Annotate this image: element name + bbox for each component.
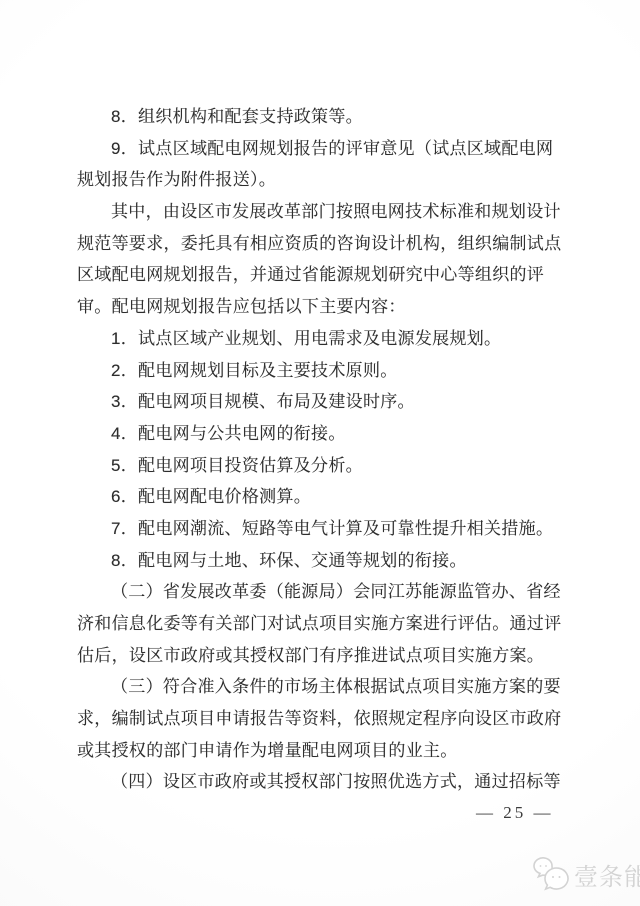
doc-line: 规划报告作为附件报送）。 [77,164,565,196]
doc-line: 8．组织机构和配套支持政策等。 [77,101,565,133]
doc-line: 规范等要求，委托具有相应资质的咨询设计机构，组织编制试点 [77,228,565,260]
doc-line: 3．配电网项目规模、布局及建设时序。 [77,386,565,418]
doc-line: 4．配电网与公共电网的衔接。 [77,418,565,450]
doc-line: 区域配电网规划报告，并通过省能源规划研究中心等组织的评 [77,259,565,291]
doc-line: 求，编制试点项目申请报告等资料，依照规定程序向设区市政府 [77,703,565,735]
chat-bubbles-icon [531,854,571,894]
doc-line: 济和信息化委等有关部门对试点项目实施方案进行评估。通过评 [77,608,565,640]
doc-line: （三）符合准入条件的市场主体根据试点项目实施方案的要 [77,671,565,703]
doc-line: 7．配电网潮流、短路等电气计算及可靠性提升相关措施。 [77,513,565,545]
doc-line: 或其授权的部门申请作为增量配电网项目的业主。 [77,735,565,767]
doc-line: 2．配电网规划目标及主要技术原则。 [77,355,565,387]
doc-line: 估后，设区市政府或其授权部门有序推进试点项目实施方案。 [77,640,565,672]
doc-line: 其中，由设区市发展改革部门按照电网技术标准和规划设计 [77,196,565,228]
doc-line: 9．试点区域配电网规划报告的评审意见（试点区域配电网 [77,133,565,165]
doc-line: 5．配电网项目投资估算及分析。 [77,450,565,482]
doc-line: 6．配电网配电价格测算。 [77,481,565,513]
watermark-label: 壹条能 [574,857,640,892]
doc-line: 审。配电网规划报告应包括以下主要内容： [77,291,565,323]
doc-line: （四）设区市政府或其授权部门按照优选方式，通过招标等 [77,766,565,798]
document-page: 8．组织机构和配套支持政策等。 9．试点区域配电网规划报告的评审意见（试点区域配… [0,0,640,906]
watermark: 壹条能 [531,854,640,894]
doc-line: （二）省发展改革委（能源局）会同江苏能源监管办、省经 [77,576,565,608]
document-body: 8．组织机构和配套支持政策等。 9．试点区域配电网规划报告的评审意见（试点区域配… [77,101,565,798]
doc-line: 1．试点区域产业规划、用电需求及电源发展规划。 [77,323,565,355]
page-number: — 25 — [476,803,554,823]
doc-line: 8．配电网与土地、环保、交通等规划的衔接。 [77,545,565,577]
